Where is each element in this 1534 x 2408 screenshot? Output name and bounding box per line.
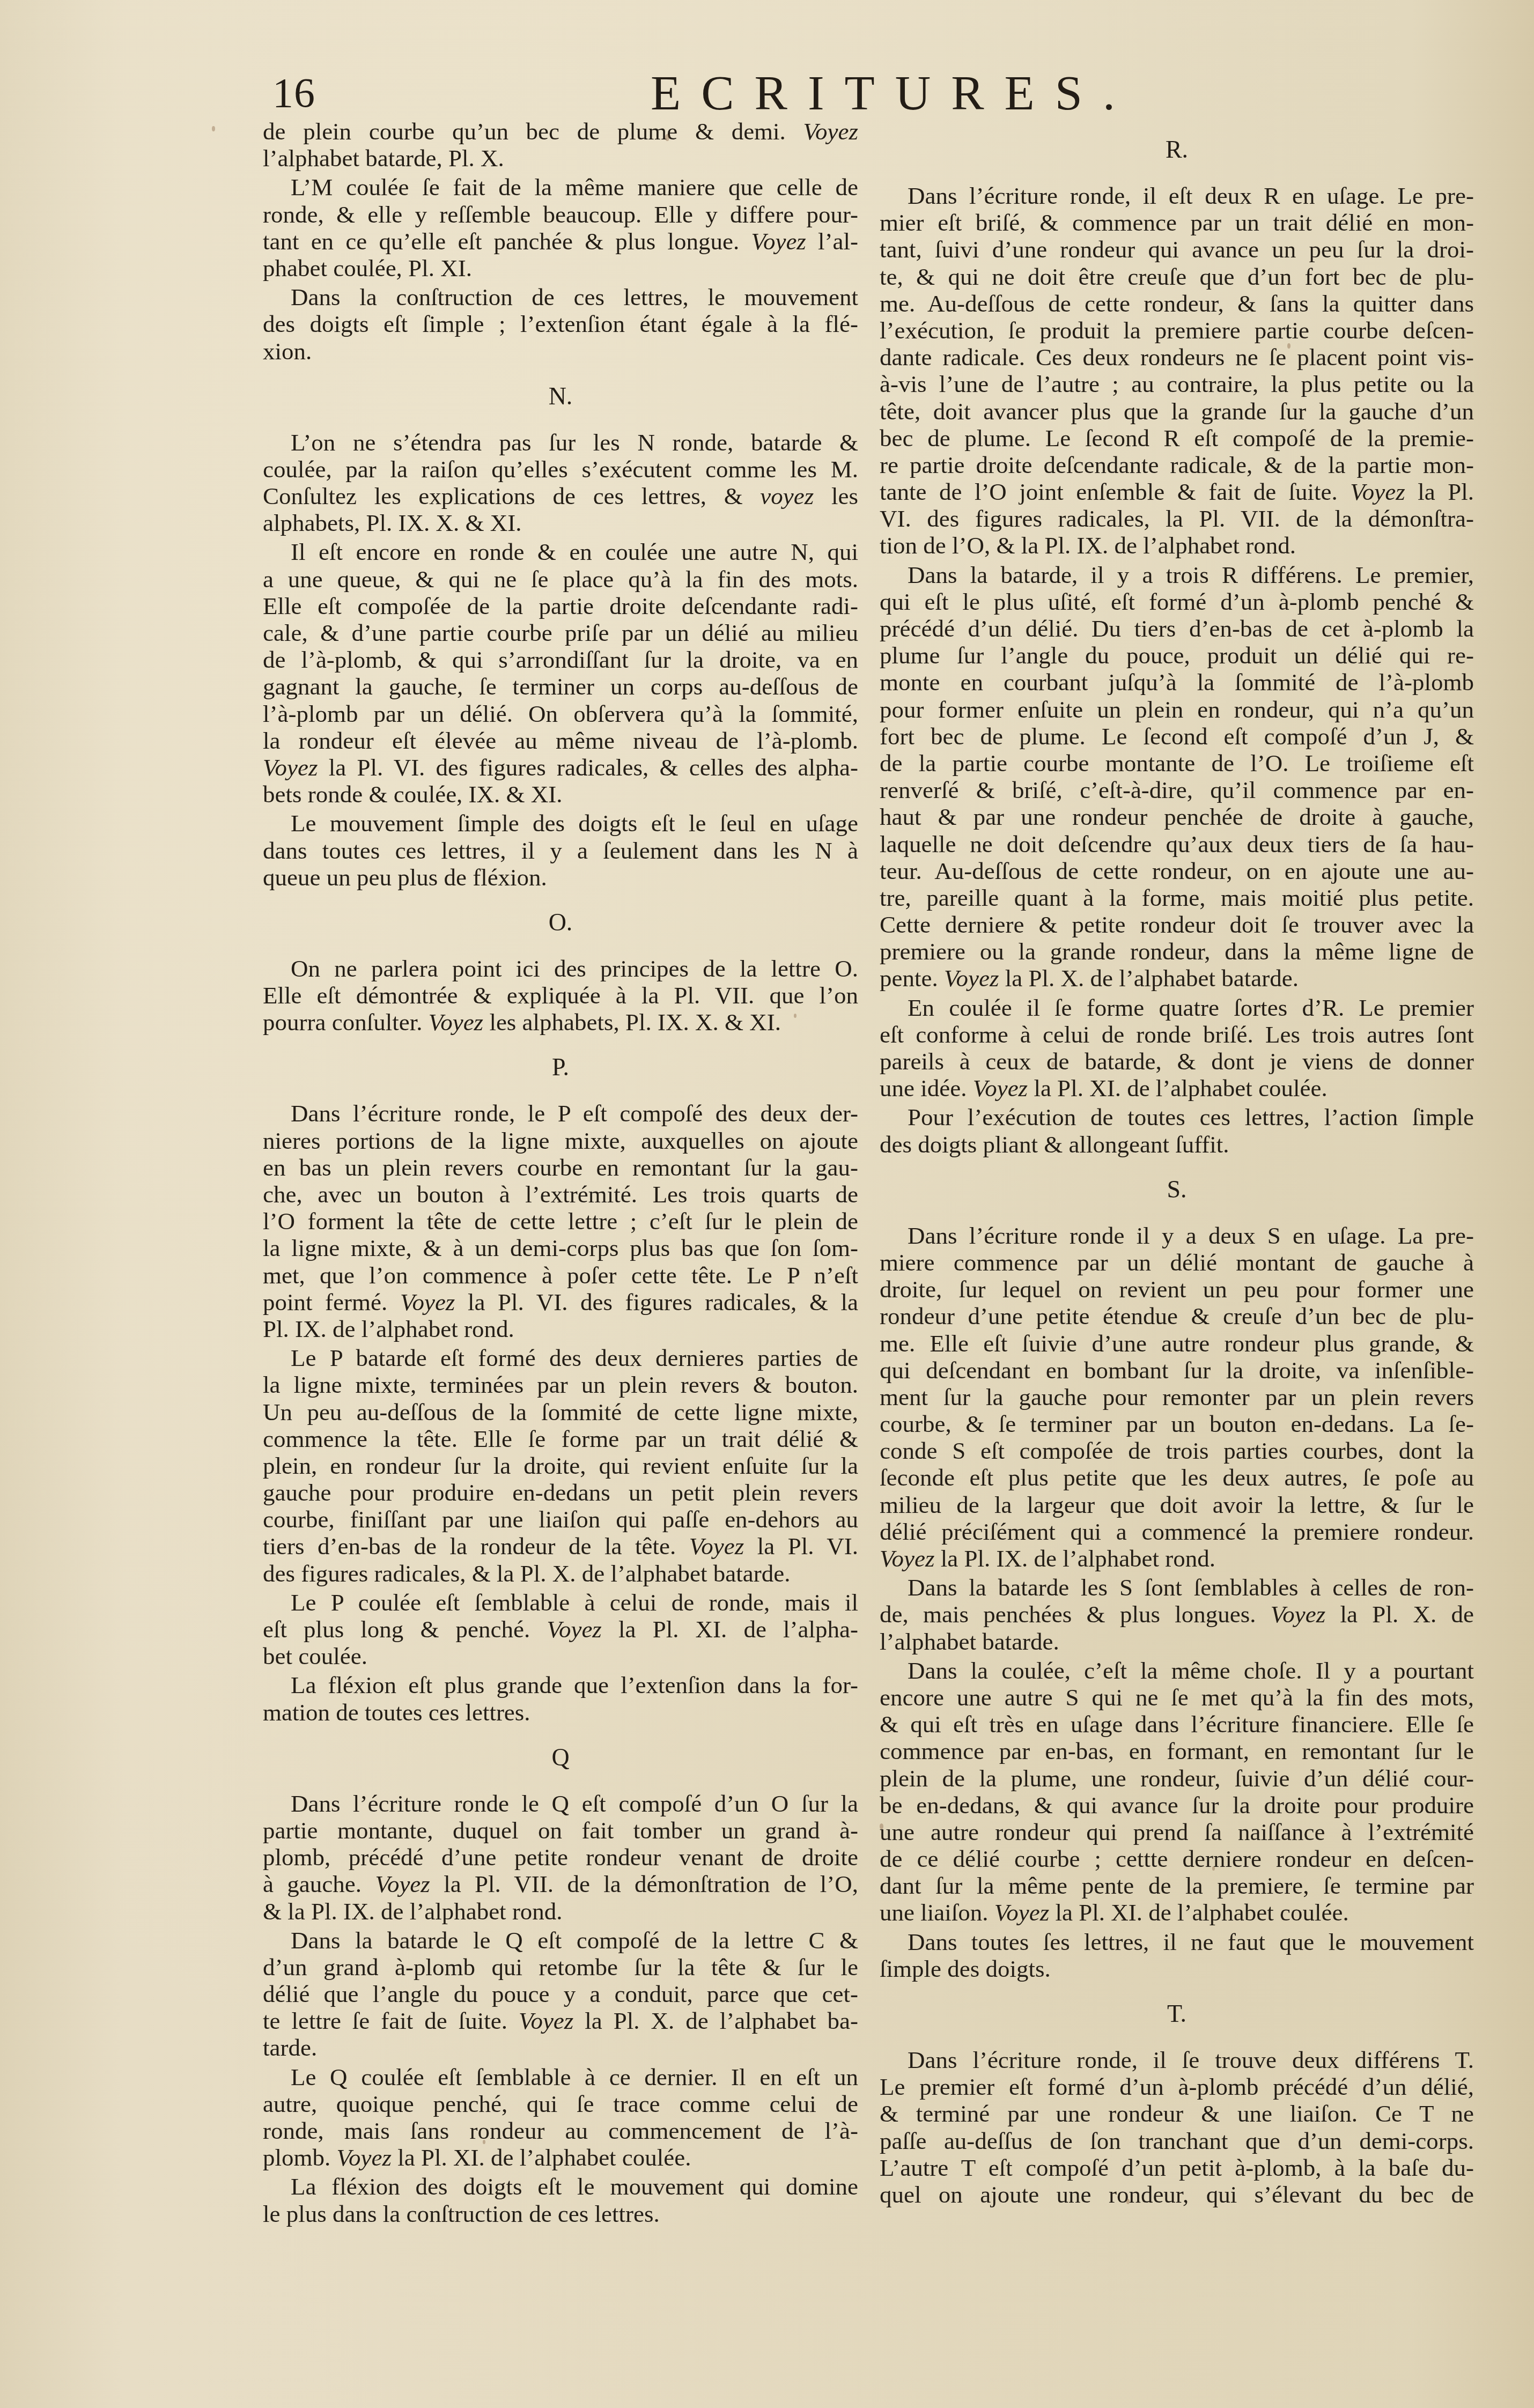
text-line: Elle eſt compoſée de la partie droite de… bbox=[263, 593, 858, 619]
text-line: me. Elle eſt ſuivie d’une autre rondeur … bbox=[880, 1330, 1474, 1357]
paragraph: Dans l’écriture ronde, il ſe trouve deux… bbox=[880, 2047, 1474, 2208]
paragraph: Dans toutes ſes lettres, il ne faut que … bbox=[880, 1929, 1474, 1982]
text-run: plomb, précédé d’une petite rondeur vena… bbox=[263, 1844, 858, 1871]
text-run: plume ſur l’angle du pouce, produit un d… bbox=[880, 642, 1474, 669]
text-run: bet coulée. bbox=[263, 1643, 367, 1670]
text-run: Le premier eſt formé d’un à-plomb précéd… bbox=[880, 2073, 1474, 2100]
text-run: plein de la plume, une rondeur, ſuivie d… bbox=[880, 1765, 1474, 1792]
text-line: pente. Voyez la Pl. X. de l’alphabet bat… bbox=[880, 965, 1474, 992]
text-line: des doigts pliant & allongeant ſuffit. bbox=[880, 1131, 1474, 1158]
section-heading: R. bbox=[880, 136, 1474, 163]
text-line: Elle eſt démontrée & expliquée à la Pl. … bbox=[263, 982, 858, 1009]
text-run: ment ſur la gauche pour remonter par un … bbox=[880, 1384, 1474, 1410]
italic-reference: Voyez bbox=[994, 1899, 1049, 1926]
text-line: quel on ajoute une rondeur, qui s’élevan… bbox=[880, 2181, 1474, 2208]
text-run: rondeur d’une petite étendue & creuſe d’… bbox=[880, 1303, 1474, 1329]
italic-reference: Voyez bbox=[337, 2144, 392, 2171]
text-run: la Pl. X. de bbox=[1325, 1601, 1474, 1628]
paragraph: Dans l’écriture ronde, le P eſt compoſé … bbox=[263, 1100, 858, 1342]
text-run: ſimple des doigts. bbox=[880, 1955, 1051, 1982]
text-run: Cette derniere & petite rondeur doit ſe … bbox=[880, 911, 1474, 938]
italic-reference: Voyez bbox=[375, 1871, 430, 1897]
text-line: cale, & d’une partie courbe priſe par un… bbox=[263, 619, 858, 646]
text-line: à-vis l’une de l’autre ; au contraire, l… bbox=[880, 371, 1474, 397]
text-run: premiere ou la grande rondeur, dans la m… bbox=[880, 938, 1474, 965]
text-line: VI. des figures radicales, la Pl. VII. d… bbox=[880, 505, 1474, 532]
paragraph: Dans la batarde les S ſont ſemblables à … bbox=[880, 1574, 1474, 1655]
text-run: partie montante, duquel on fait tomber u… bbox=[263, 1817, 858, 1844]
text-run: de l’à-plomb, & qui s’arrondiſſant ſur l… bbox=[263, 646, 858, 673]
text-line: L’autre T eſt compoſé d’un petit à-plomb… bbox=[880, 2154, 1474, 2181]
text-line: courbe, & ſe terminer par un bouton en-d… bbox=[880, 1410, 1474, 1437]
text-line: te, & qui ne doit être creuſe que d’un f… bbox=[880, 263, 1474, 290]
text-line: teur. Au-deſſous de cette rondeur, on en… bbox=[880, 858, 1474, 884]
text-run: Dans l’écriture ronde il y a deux S en u… bbox=[908, 1222, 1474, 1249]
text-line: tant, ſuivi d’une rondeur qui avance un … bbox=[880, 236, 1474, 263]
text-line: Dans la batarde, il y a trois R différen… bbox=[880, 562, 1474, 588]
text-line: Le P batarde eſt formé des deux derniere… bbox=[263, 1345, 858, 1371]
text-line: Il eſt encore en ronde & en coulée une a… bbox=[263, 538, 858, 565]
text-run: teur. Au-deſſous de cette rondeur, on en… bbox=[880, 858, 1474, 884]
text-run: l’à-plomb par un délié. On obſervera qu’… bbox=[263, 700, 858, 727]
text-run: miere commence par un délié montant de g… bbox=[880, 1249, 1474, 1276]
paragraph: Dans la batarde le Q eſt compoſé de la l… bbox=[263, 1927, 858, 2062]
text-line: la ligne mixte, & à un demi-corps plus b… bbox=[263, 1235, 858, 1261]
text-line: renverſé & briſé, c’eſt-à-dire, qu’il co… bbox=[880, 777, 1474, 803]
text-run: che, avec un bouton à l’extrémité. Les t… bbox=[263, 1181, 858, 1208]
text-line: Dans la conſtruction de ces lettres, le … bbox=[263, 284, 858, 311]
text-run: Pl. IX. de l’alphabet rond. bbox=[263, 1316, 514, 1342]
text-run: la Pl. VI. des figures radicales, & cell… bbox=[318, 754, 858, 781]
text-line: Dans l’écriture ronde, le P eſt compoſé … bbox=[263, 1100, 858, 1127]
text-run: de, mais penchées & plus longues. bbox=[880, 1601, 1271, 1628]
text-run: haut & par une rondeur penchée de droite… bbox=[880, 803, 1474, 830]
text-run: Elle eſt compoſée de la partie droite de… bbox=[263, 593, 858, 619]
paragraph: Dans la conſtruction de ces lettres, le … bbox=[263, 284, 858, 365]
text-run: en bas un plein revers courbe en remonta… bbox=[263, 1154, 858, 1181]
text-run: Pour l’exécution de toutes ces lettres, … bbox=[908, 1104, 1474, 1131]
text-run: des doigts pliant & allongeant ſuffit. bbox=[880, 1131, 1229, 1158]
text-line: plume ſur l’angle du pouce, produit un d… bbox=[880, 642, 1474, 669]
text-run: tant, ſuivi d’une rondeur qui avance un … bbox=[880, 236, 1474, 263]
text-run: une autre rondeur qui prend ſa naiſſance… bbox=[880, 1819, 1474, 1845]
italic-reference: Voyez bbox=[751, 228, 806, 255]
paragraph: La fléxion des doigts eſt le mouvement q… bbox=[263, 2173, 858, 2227]
foxing-speck bbox=[1287, 343, 1290, 349]
text-run: mation de toutes ces lettres. bbox=[263, 1699, 530, 1726]
section-heading: T. bbox=[880, 2000, 1474, 2027]
text-run: Dans la coulée, c’eſt la même choſe. Il … bbox=[908, 1657, 1474, 1684]
text-line: L’on ne s’étendra pas ſur les N ronde, b… bbox=[263, 429, 858, 456]
text-run: droite, ſur lequel on revient un peu pou… bbox=[880, 1276, 1474, 1303]
paragraph: de plein courbe qu’un bec de plume & dem… bbox=[263, 118, 858, 172]
text-line: de plein courbe qu’un bec de plume & dem… bbox=[263, 118, 858, 145]
text-run: Dans l’écriture ronde, il eſt deux R en … bbox=[908, 182, 1474, 209]
text-run: L’autre T eſt compoſé d’un petit à-plomb… bbox=[880, 2154, 1474, 2181]
paragraph: Dans l’écriture ronde il y a deux S en u… bbox=[880, 1222, 1474, 1572]
text-line: des doigts eſt ſimple ; l’extenſion étan… bbox=[263, 311, 858, 337]
text-line: met, que l’on commence à poſer cette têt… bbox=[263, 1262, 858, 1289]
text-run: la ligne mixte, terminées par un plein r… bbox=[263, 1371, 858, 1398]
text-run: queue un peu plus de fléxion. bbox=[263, 864, 547, 891]
text-run: L’M coulée ſe fait de la même maniere qu… bbox=[291, 174, 858, 201]
text-line: me. Au-deſſous de cette rondeur, & ſans … bbox=[880, 290, 1474, 317]
text-run: eſt conforme à celui de ronde briſé. Les… bbox=[880, 1021, 1474, 1048]
text-line: & terminé par une rondeur & une liaiſon.… bbox=[880, 2100, 1474, 2127]
text-line: rondeur d’une petite étendue & creuſe d’… bbox=[880, 1303, 1474, 1329]
text-run: la Pl. VI. bbox=[744, 1533, 858, 1560]
text-line: te lettre ſe fait de ſuite. Voyez la Pl.… bbox=[263, 2007, 858, 2034]
text-line: bets ronde & coulée, IX. & XI. bbox=[263, 781, 858, 808]
text-run: me. Au-deſſous de cette rondeur, & ſans … bbox=[880, 290, 1474, 317]
text-run: te lettre ſe fait de ſuite. bbox=[263, 2007, 519, 2034]
text-run: gauche pour produire en-dedans un petit … bbox=[263, 1479, 858, 1506]
text-run: la Pl. XI. de l’alphabet coulée. bbox=[1049, 1899, 1349, 1926]
italic-reference: Voyez bbox=[263, 754, 318, 781]
text-run: courbe, & ſe terminer par un bouton en-d… bbox=[880, 1410, 1474, 1437]
text-run: plein, en rondeur ſur la droite, qui rev… bbox=[263, 1452, 858, 1479]
text-run: les bbox=[814, 483, 858, 509]
text-line: Dans l’écriture ronde, il eſt deux R en … bbox=[880, 182, 1474, 209]
text-run: re partie droite deſcendante radicale, &… bbox=[880, 452, 1474, 478]
page-header: 16 ECRITURES. bbox=[272, 63, 1415, 122]
text-run: Il eſt encore en ronde & en coulée une a… bbox=[291, 538, 858, 565]
text-run: tarde. bbox=[263, 2034, 317, 2061]
text-run: commence par en-bas, en formant, en remo… bbox=[880, 1738, 1474, 1764]
text-line: une autre rondeur qui prend ſa naiſſance… bbox=[880, 1819, 1474, 1845]
text-run: d’un grand à-plomb qui retombe ſur la tê… bbox=[263, 1954, 858, 1981]
text-run: tiers d’en-bas de la rondeur de la tête. bbox=[263, 1533, 689, 1560]
text-run: point fermé. bbox=[263, 1289, 400, 1316]
text-line: plein, en rondeur ſur la droite, qui rev… bbox=[263, 1452, 858, 1479]
text-line: eſt conforme à celui de ronde briſé. Les… bbox=[880, 1021, 1474, 1048]
text-run: tre, pareille quant à la forme, mais moi… bbox=[880, 884, 1474, 911]
text-run: coulée, par la raiſon qu’elles s’exécute… bbox=[263, 456, 858, 483]
text-run: la Pl. bbox=[1405, 478, 1474, 505]
text-run: monte en courbant juſqu’à la ſommité de … bbox=[880, 669, 1474, 696]
text-run: la Pl. XI. de l’alpha- bbox=[602, 1616, 858, 1643]
text-run: plomb. bbox=[263, 2144, 337, 2171]
text-run: & qui eſt très en uſage dans l’écriture … bbox=[880, 1711, 1474, 1738]
text-line: On ne parlera point ici des principes de… bbox=[263, 955, 858, 982]
text-line: courbe, finiſſant par une liaiſon qui pa… bbox=[263, 1506, 858, 1533]
italic-reference: Voyez bbox=[944, 965, 999, 992]
text-line: la ligne mixte, terminées par un plein r… bbox=[263, 1371, 858, 1398]
paragraph: L’on ne s’étendra pas ſur les N ronde, b… bbox=[263, 429, 858, 537]
text-run: dante radicale. Ces deux rondeurs ne ſe … bbox=[880, 344, 1474, 371]
text-line: l’exécution, ſe produit la premiere part… bbox=[880, 317, 1474, 344]
text-run: fort bec de plume. Le ſecond eſt compoſé… bbox=[880, 723, 1474, 750]
text-line: nieres portions de la ligne mixte, auxqu… bbox=[263, 1127, 858, 1154]
text-run: Le mouvement ſimple des doigts eſt le ſe… bbox=[291, 810, 858, 837]
text-run: des figures radicales, & la Pl. X. de l’… bbox=[263, 1560, 790, 1587]
text-run: Dans toutes ſes lettres, il ne faut que … bbox=[908, 1929, 1474, 1955]
text-run: alphabets, Pl. IX. X. & XI. bbox=[263, 509, 521, 536]
text-run: milieu de la largeur que doit avoir la l… bbox=[880, 1491, 1474, 1518]
italic-reference: Voyez bbox=[400, 1289, 455, 1316]
text-run: Dans la batarde les S ſont ſemblables à … bbox=[908, 1574, 1474, 1601]
italic-reference: Voyez bbox=[1350, 478, 1405, 505]
text-line: alphabets, Pl. IX. X. & XI. bbox=[263, 509, 858, 536]
text-line: miere commence par un délié montant de g… bbox=[880, 1249, 1474, 1276]
text-run: à-vis l’une de l’autre ; au contraire, l… bbox=[880, 371, 1474, 397]
text-line: partie montante, duquel on fait tomber u… bbox=[263, 1817, 858, 1844]
text-line: coulée, par la raiſon qu’elles s’exécute… bbox=[263, 456, 858, 483]
text-run: commence la tête. Elle ſe forme par un t… bbox=[263, 1425, 858, 1452]
italic-reference: Voyez bbox=[519, 2007, 573, 2034]
text-line: re partie droite deſcendante radicale, &… bbox=[880, 452, 1474, 478]
paragraph: Pour l’exécution de toutes ces lettres, … bbox=[880, 1104, 1474, 1157]
text-line: plein de la plume, une rondeur, ſuivie d… bbox=[880, 1765, 1474, 1792]
italic-reference: Voyez bbox=[880, 1545, 934, 1572]
text-run: la ligne mixte, & à un demi-corps plus b… bbox=[263, 1235, 858, 1261]
text-line: la rondeur eſt élevée au même niveau de … bbox=[263, 727, 858, 754]
text-run: qui deſcendant en bombant ſur la droite,… bbox=[880, 1357, 1474, 1384]
text-line: de ce délié courbe ; cettte derniere ron… bbox=[880, 1845, 1474, 1872]
text-run: Un peu au-deſſous de la ſommité de cette… bbox=[263, 1399, 858, 1425]
text-line: Pour l’exécution de toutes ces lettres, … bbox=[880, 1104, 1474, 1131]
text-run: phabet coulée, Pl. XI. bbox=[263, 255, 472, 282]
section-heading: P. bbox=[263, 1054, 858, 1081]
text-line: pareils à ceux de batarde, & dont je vie… bbox=[880, 1048, 1474, 1075]
text-line: haut & par une rondeur penchée de droite… bbox=[880, 803, 1474, 830]
text-run: pourra conſulter. bbox=[263, 1009, 429, 1036]
text-line: qui eſt le plus uſité, eſt formé d’un à-… bbox=[880, 588, 1474, 615]
text-line: be en-dedans, & qui avance ſur la droite… bbox=[880, 1792, 1474, 1819]
text-run: laquelle ne doit deſcendre qu’aux deux t… bbox=[880, 831, 1474, 858]
paragraph: En coulée il ſe forme quatre ſortes d’R.… bbox=[880, 994, 1474, 1102]
text-line: une idée. Voyez la Pl. XI. de l’alphabet… bbox=[880, 1075, 1474, 1102]
text-run: la Pl. XI. de l’alphabet coulée. bbox=[1028, 1075, 1327, 1102]
text-run: La fléxion eſt plus grande que l’extenſi… bbox=[291, 1672, 858, 1698]
text-line: Dans toutes ſes lettres, il ne faut que … bbox=[880, 1929, 1474, 1955]
text-line: bec de plume. Le ſecond R eſt compoſé de… bbox=[880, 425, 1474, 452]
text-line: Le mouvement ſimple des doigts eſt le ſe… bbox=[263, 810, 858, 837]
text-line: ment ſur la gauche pour remonter par un … bbox=[880, 1384, 1474, 1410]
text-run: renverſé & briſé, c’eſt-à-dire, qu’il co… bbox=[880, 777, 1474, 803]
text-run: Dans la batarde, il y a trois R différen… bbox=[908, 562, 1474, 588]
text-run: Elle eſt démontrée & expliquée à la Pl. … bbox=[263, 982, 858, 1009]
page-number: 16 bbox=[272, 63, 315, 122]
text-run: VI. des figures radicales, la Pl. VII. d… bbox=[880, 505, 1474, 532]
text-run: tête, doit avancer plus que la grande ſu… bbox=[880, 398, 1474, 425]
text-line: Un peu au-deſſous de la ſommité de cette… bbox=[263, 1399, 858, 1425]
text-line: de l’à-plomb, & qui s’arrondiſſant ſur l… bbox=[263, 646, 858, 673]
text-line: Dans l’écriture ronde, il ſe trouve deux… bbox=[880, 2047, 1474, 2073]
foxing-speck bbox=[212, 126, 215, 131]
text-line: Pl. IX. de l’alphabet rond. bbox=[263, 1316, 858, 1342]
text-run: tante de l’O joint enſemble & fait de ſu… bbox=[880, 478, 1350, 505]
text-line: des figures radicales, & la Pl. X. de l’… bbox=[263, 1560, 858, 1587]
text-run: me. Elle eſt ſuivie d’une autre rondeur … bbox=[880, 1330, 1474, 1357]
text-run: tion de l’O, & la Pl. IX. de l’alphabet … bbox=[880, 532, 1296, 559]
text-run: la Pl. VI. des figures radicales, & la bbox=[455, 1289, 858, 1316]
text-run: ronde, mais ſans rondeur au commencement… bbox=[263, 2117, 858, 2144]
text-run: En coulée il ſe forme quatre ſortes d’R.… bbox=[908, 994, 1474, 1021]
text-line: d’un grand à-plomb qui retombe ſur la tê… bbox=[263, 1954, 858, 1981]
text-line: pourra conſulter. Voyez les alphabets, P… bbox=[263, 1009, 858, 1036]
paragraph: Dans la batarde, il y a trois R différen… bbox=[880, 562, 1474, 992]
text-run: précédé d’un délié. Du tiers d’en-bas de… bbox=[880, 615, 1474, 642]
section-heading: O. bbox=[263, 909, 858, 936]
text-line: mation de toutes ces lettres. bbox=[263, 1699, 858, 1726]
foxing-speck bbox=[483, 2140, 485, 2144]
text-line: délié que l’angle du pouce y a conduit, … bbox=[263, 1981, 858, 2007]
text-run: le plus dans la conſtruction de ces lett… bbox=[263, 2200, 660, 2227]
text-line: phabet coulée, Pl. XI. bbox=[263, 255, 858, 282]
foxing-speck bbox=[1126, 2199, 1130, 2204]
text-line: che, avec un bouton à l’extrémité. Les t… bbox=[263, 1181, 858, 1208]
text-run: une idée. bbox=[880, 1075, 973, 1102]
foxing-speck bbox=[794, 1014, 796, 1018]
text-run: l’exécution, ſe produit la premiere part… bbox=[880, 317, 1474, 344]
text-line: de, mais penchées & plus longues. Voyez … bbox=[880, 1601, 1474, 1628]
text-run: l’alphabet batarde. bbox=[880, 1628, 1059, 1655]
text-line: bet coulée. bbox=[263, 1643, 858, 1670]
text-line: Conſultez les explications de ces lettre… bbox=[263, 483, 858, 509]
text-run: qui eſt le plus uſité, eſt formé d’un à-… bbox=[880, 588, 1474, 615]
text-run: la Pl. VII. de la démonſtration de l’O, bbox=[430, 1871, 858, 1897]
text-line: conde S eſt compoſée de trois parties co… bbox=[880, 1437, 1474, 1464]
paragraph: Le mouvement ſimple des doigts eſt le ſe… bbox=[263, 810, 858, 891]
text-line: premiere ou la grande rondeur, dans la m… bbox=[880, 938, 1474, 965]
text-line: tre, pareille quant à la forme, mais moi… bbox=[880, 884, 1474, 911]
text-line: tante de l’O joint enſemble & fait de ſu… bbox=[880, 478, 1474, 505]
italic-reference: Voyez bbox=[547, 1616, 601, 1643]
text-line: tarde. bbox=[263, 2034, 858, 2061]
text-line: Dans la batarde les S ſont ſemblables à … bbox=[880, 1574, 1474, 1601]
text-line: qui deſcendant en bombant ſur la droite,… bbox=[880, 1357, 1474, 1384]
text-line: plomb. Voyez la Pl. XI. de l’alphabet co… bbox=[263, 2144, 858, 2171]
text-run: cale, & d’une partie courbe priſe par un… bbox=[263, 619, 858, 646]
foxing-speck bbox=[665, 134, 669, 141]
text-run: délié préciſément qui a commencé la prem… bbox=[880, 1518, 1474, 1545]
foxing-speck bbox=[1212, 1866, 1215, 1871]
text-line: queue un peu plus de fléxion. bbox=[263, 864, 858, 891]
text-run: Le Q coulée eſt ſemblable à ce dernier. … bbox=[291, 2064, 858, 2091]
paragraph: Dans l’écriture ronde le Q eſt compoſé d… bbox=[263, 1790, 858, 1925]
text-line: Le P coulée eſt ſemblable à celui de ron… bbox=[263, 1589, 858, 1616]
text-run: L’on ne s’étendra pas ſur les N ronde, b… bbox=[291, 429, 858, 456]
text-run: mier eſt briſé, & commence par un trait … bbox=[880, 209, 1474, 236]
text-line: & qui eſt très en uſage dans l’écriture … bbox=[880, 1711, 1474, 1738]
text-line: Cette derniere & petite rondeur doit ſe … bbox=[880, 911, 1474, 938]
text-line: Dans l’écriture ronde le Q eſt compoſé d… bbox=[263, 1790, 858, 1817]
italic-reference: Voyez bbox=[689, 1533, 744, 1560]
text-run: pareils à ceux de batarde, & dont je vie… bbox=[880, 1048, 1474, 1075]
text-run: conde S eſt compoſée de trois parties co… bbox=[880, 1437, 1474, 1464]
text-run: de la partie courbe montante de l’O. Le … bbox=[880, 750, 1474, 777]
text-run: pour former enſuite un plein en rondeur,… bbox=[880, 696, 1474, 723]
text-line: milieu de la largeur que doit avoir la l… bbox=[880, 1491, 1474, 1518]
italic-reference: Voyez bbox=[429, 1009, 483, 1036]
text-run: Dans l’écriture ronde le Q eſt compoſé d… bbox=[291, 1790, 858, 1817]
text-run: ronde, & elle y reſſemble beaucoup. Elle… bbox=[263, 201, 858, 228]
paragraph: Dans la coulée, c’eſt la même choſe. Il … bbox=[880, 1657, 1474, 1926]
text-run: & terminé par une rondeur & une liaiſon.… bbox=[880, 2100, 1474, 2127]
text-run: l’O forment la tête de cette lettre ; c’… bbox=[263, 1208, 858, 1235]
text-line: dante radicale. Ces deux rondeurs ne ſe … bbox=[880, 344, 1474, 371]
text-run: tant en ce qu’elle eſt panchée & plus lo… bbox=[263, 228, 751, 255]
text-line: tant en ce qu’elle eſt panchée & plus lo… bbox=[263, 228, 858, 255]
foxing-speck bbox=[1051, 1062, 1054, 1067]
text-line: tête, doit avancer plus que la grande ſu… bbox=[880, 398, 1474, 425]
paragraph: L’M coulée ſe fait de la même maniere qu… bbox=[263, 174, 858, 282]
text-run: la Pl. IX. de l’alphabet rond. bbox=[934, 1545, 1215, 1572]
text-run: bec de plume. Le ſecond R eſt compoſé de… bbox=[880, 425, 1474, 452]
text-line: commence la tête. Elle ſe forme par un t… bbox=[263, 1425, 858, 1452]
italic-reference: Voyez bbox=[1271, 1601, 1325, 1628]
text-run: quel on ajoute une rondeur, qui s’élevan… bbox=[880, 2181, 1474, 2208]
text-line: gagnant la gauche, ſe terminer un corps … bbox=[263, 673, 858, 700]
text-line: En coulée il ſe forme quatre ſortes d’R.… bbox=[880, 994, 1474, 1021]
text-line: paſſe au-deſſus de ſon tranchant que d’u… bbox=[880, 2128, 1474, 2154]
text-line: dant ſur la même pente de la premiere, ſ… bbox=[880, 1872, 1474, 1899]
text-line: délié préciſément qui a commencé la prem… bbox=[880, 1518, 1474, 1545]
text-line: Le premier eſt formé d’un à-plomb précéd… bbox=[880, 2073, 1474, 2100]
text-line: Le Q coulée eſt ſemblable à ce dernier. … bbox=[263, 2064, 858, 2091]
text-line: ronde, mais ſans rondeur au commencement… bbox=[263, 2117, 858, 2144]
paragraph: Le P batarde eſt formé des deux derniere… bbox=[263, 1345, 858, 1587]
paragraph: Il eſt encore en ronde & en coulée une a… bbox=[263, 538, 858, 808]
text-line: monte en courbant juſqu’à la ſommité de … bbox=[880, 669, 1474, 696]
text-line: à gauche. Voyez la Pl. VII. de la démonſ… bbox=[263, 1871, 858, 1897]
text-line: Dans la coulée, c’eſt la même choſe. Il … bbox=[880, 1657, 1474, 1684]
text-run: de plein courbe qu’un bec de plume & dem… bbox=[263, 118, 803, 145]
text-run: Dans la conſtruction de ces lettres, le … bbox=[291, 284, 858, 311]
section-heading: Q bbox=[263, 1744, 858, 1771]
text-line: a une queue, & qui ne ſe place qu’à la f… bbox=[263, 566, 858, 593]
text-run: a une queue, & qui ne ſe place qu’à la f… bbox=[263, 566, 858, 593]
text-run: à gauche. bbox=[263, 1871, 375, 1897]
text-line: en bas un plein revers courbe en remonta… bbox=[263, 1154, 858, 1181]
section-heading: N. bbox=[263, 383, 858, 410]
book-page: 16 ECRITURES. de plein courbe qu’un bec … bbox=[0, 0, 1534, 2408]
text-line: une liaiſon. Voyez la Pl. XI. de l’alpha… bbox=[880, 1899, 1474, 1926]
paragraph: Le P coulée eſt ſemblable à celui de ron… bbox=[263, 1589, 858, 1670]
text-run: te, & qui ne doit être creuſe que d’un f… bbox=[880, 263, 1474, 290]
text-line: encore une autre S qui ne ſe met qu’à la… bbox=[880, 1684, 1474, 1711]
text-line: dans toutes ces lettres, il y a ſeulemen… bbox=[263, 837, 858, 864]
text-run: Dans la batarde le Q eſt compoſé de la l… bbox=[291, 1927, 858, 1954]
text-run: la Pl. XI. de l’alphabet coulée. bbox=[392, 2144, 691, 2171]
text-line: La fléxion des doigts eſt le mouvement q… bbox=[263, 2173, 858, 2200]
right-column: R.Dans l’écriture ronde, il eſt deux R e… bbox=[880, 118, 1474, 2208]
left-column: de plein courbe qu’un bec de plume & dem… bbox=[263, 118, 858, 2227]
text-line: l’à-plomb par un délié. On obſervera qu’… bbox=[263, 700, 858, 727]
italic-reference: voyez bbox=[760, 483, 814, 509]
text-line: droite, ſur lequel on revient un peu pou… bbox=[880, 1276, 1474, 1303]
running-title: ECRITURES. bbox=[651, 63, 1135, 122]
text-line: tion de l’O, & la Pl. IX. de l’alphabet … bbox=[880, 532, 1474, 559]
text-line: précédé d’un délié. Du tiers d’en-bas de… bbox=[880, 615, 1474, 642]
text-line: ſeconde eſt plus petite que les deux aut… bbox=[880, 1464, 1474, 1491]
text-run: pente. bbox=[880, 965, 944, 992]
text-run: eſt plus long & penché. bbox=[263, 1616, 547, 1643]
text-run: Dans l’écriture ronde, le P eſt compoſé … bbox=[291, 1100, 858, 1127]
text-run: met, que l’on commence à poſer cette têt… bbox=[263, 1262, 858, 1289]
text-run: la Pl. X. de l’alphabet batarde. bbox=[999, 965, 1299, 992]
text-line: L’M coulée ſe fait de la même maniere qu… bbox=[263, 174, 858, 201]
italic-reference: Voyez bbox=[803, 118, 858, 145]
text-run: de ce délié courbe ; cettte derniere ron… bbox=[880, 1845, 1474, 1872]
text-run: des doigts eſt ſimple ; l’extenſion étan… bbox=[263, 311, 858, 337]
text-run: les alphabets, Pl. IX. X. & XI. bbox=[483, 1009, 781, 1036]
paragraph: Le Q coulée eſt ſemblable à ce dernier. … bbox=[263, 2064, 858, 2171]
paragraph: On ne parlera point ici des principes de… bbox=[263, 955, 858, 1036]
text-run: courbe, finiſſant par une liaiſon qui pa… bbox=[263, 1506, 858, 1533]
text-line: Dans la batarde le Q eſt compoſé de la l… bbox=[263, 1927, 858, 1954]
